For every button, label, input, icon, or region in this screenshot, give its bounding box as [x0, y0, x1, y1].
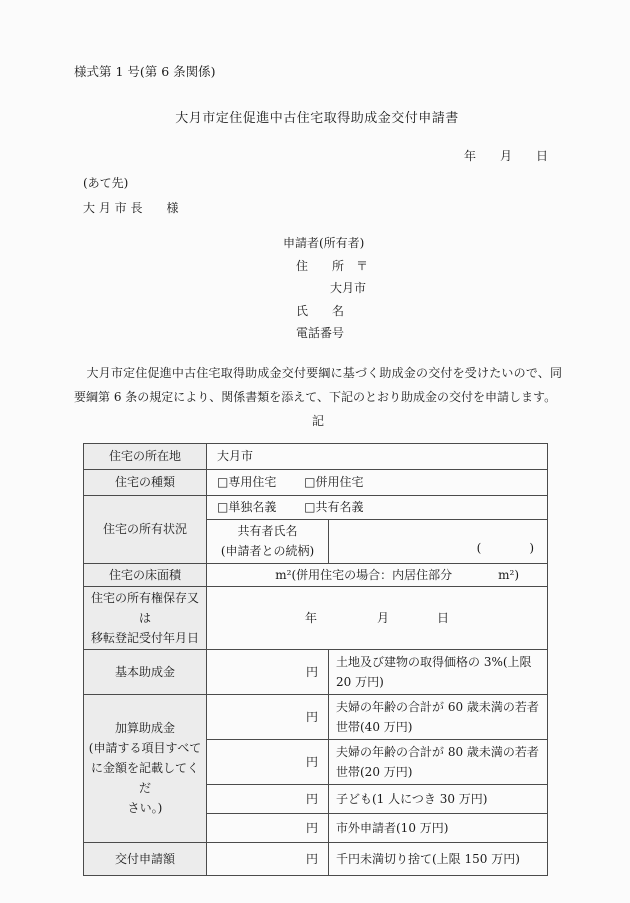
document-page: 様式第 1 号(第 6 条関係) 大月市定住促進中古住宅取得助成金交付申請書 年… [0, 0, 630, 903]
checkbox-option-joint-ownership: □共有名義 [304, 500, 363, 514]
basic-subsidy-note: 土地及び建物の取得価格の 3%(上限 20 万円) [329, 649, 548, 694]
checkbox-option-exclusive-house: □専用住宅 [217, 475, 276, 489]
additional-subsidy-note-3: 子ども(1 人につき 30 万円) [329, 784, 548, 813]
additional-subsidy-label-line4: さい。) [128, 801, 163, 815]
floor-area-value: m²(併用住宅の場合：内居住部分 m²) [207, 563, 548, 586]
additional-subsidy-label-line2: (申請する項目すべて [89, 741, 201, 755]
form-number: 様式第 1 号(第 6 条関係) [74, 62, 560, 80]
record-heading: 記 [74, 409, 562, 433]
applicant-heading: 申請者(所有者) [283, 232, 560, 255]
additional-subsidy-amount-field-4: 円 [207, 813, 329, 842]
registration-label-line1: 住宅の所有権保存又は [91, 591, 199, 625]
additional-subsidy-label-line3: に金額を記載してくだ [91, 761, 199, 795]
additional-subsidy-note-4: 市外申請者(10 万円) [329, 813, 548, 842]
row-header-house-location: 住宅の所在地 [84, 443, 207, 469]
floor-area-unit-close: m²) [498, 565, 519, 585]
co-owner-name-label: 共有者氏名 (申請者との続柄) [207, 519, 329, 563]
document-title: 大月市定住促進中古住宅取得助成金交付申請書 [74, 107, 560, 126]
grant-amount-note: 千円未満切り捨て(上限 150 万円) [329, 842, 548, 875]
applicant-address-city: 大月市 [330, 277, 560, 300]
checkbox-option-sole-ownership: □単独名義 [217, 500, 276, 514]
applicant-address-label: 住 所 〒 [296, 255, 560, 278]
house-type-options: □専用住宅 □併用住宅 [207, 469, 548, 495]
row-header-additional-subsidy: 加算助成金 (申請する項目すべて に金額を記載してくだ さい。) [84, 694, 207, 842]
registration-label-line2: 移転登記受付年月日 [91, 631, 199, 645]
body-paragraph: 大月市定住促進中古住宅取得助成金交付要綱に基づく助成金の交付を受けたいので、同要… [74, 361, 562, 409]
applicant-name-label: 氏 名 [296, 300, 560, 323]
additional-subsidy-amount-field-3: 円 [207, 784, 329, 813]
basic-subsidy-amount-field: 円 [207, 649, 329, 694]
row-header-ownership-status: 住宅の所有状況 [84, 495, 207, 563]
ownership-status-label: 住宅の所有状況 [103, 522, 187, 536]
floor-area-unit-note: m²(併用住宅の場合：内居住部分 [275, 565, 452, 585]
additional-subsidy-note-2: 夫婦の年齢の合計が 80 歳未満の若者世帯(20 万円) [329, 739, 548, 784]
house-location-value: 大月市 [207, 443, 548, 469]
additional-subsidy-amount-field-2: 円 [207, 739, 329, 784]
co-owner-label-line1: 共有者氏名 [237, 524, 297, 538]
addressee-name: 大 月 市 長 様 [83, 199, 560, 216]
row-header-house-type: 住宅の種類 [84, 469, 207, 495]
row-header-grant-amount: 交付申請額 [84, 842, 207, 875]
row-header-registration-date: 住宅の所有権保存又は 移転登記受付年月日 [84, 586, 207, 649]
row-header-basic-subsidy: 基本助成金 [84, 649, 207, 694]
co-owner-relation-field: ( ) [329, 519, 548, 563]
ownership-options: □単独名義 □共有名義 [207, 495, 548, 519]
applicant-phone-label: 電話番号 [296, 322, 560, 345]
checkbox-option-combined-house: □併用住宅 [304, 475, 363, 489]
date-line: 年 月 日 [74, 147, 560, 164]
additional-subsidy-label-line1: 加算助成金 [115, 721, 175, 735]
addressee-label: (あて先) [83, 174, 560, 191]
additional-subsidy-note-1: 夫婦の年齢の合計が 60 歳未満の若者世帯(40 万円) [329, 694, 548, 739]
additional-subsidy-amount-field-1: 円 [207, 694, 329, 739]
application-table: 住宅の所在地 大月市 住宅の種類 □専用住宅 □併用住宅 住宅の所有状況 □単独… [83, 443, 548, 876]
applicant-block: 申請者(所有者) 住 所 〒 大月市 氏 名 電話番号 [283, 232, 560, 345]
row-header-floor-area: 住宅の床面積 [84, 563, 207, 586]
registration-date-value: 年 月 日 [207, 586, 548, 649]
grant-amount-field: 円 [207, 842, 329, 875]
co-owner-label-line2: (申請者との続柄) [221, 544, 314, 558]
